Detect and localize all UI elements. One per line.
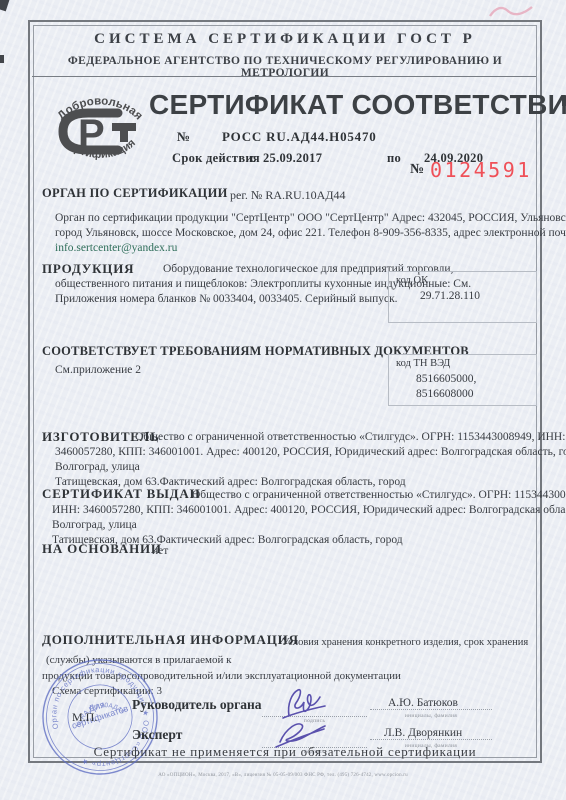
rst-logo-icon: Добровольная сертификация Р xyxy=(44,86,156,178)
code-tnved-value: 8516605000, xyxy=(416,373,476,385)
expert-name: Л.В. Дворянкин xyxy=(370,727,492,740)
pink-scan-smudge xyxy=(487,2,535,20)
expert-role-label: Эксперт xyxy=(132,727,182,743)
logo-t-stem xyxy=(120,123,128,142)
org-body-line: Орган по сертификации продукции "СертЦен… xyxy=(55,212,566,224)
head-role-label: Руководитель органа xyxy=(132,697,262,713)
validity-to-label: по xyxy=(387,151,401,166)
validity-from-date: 25.09.2017 xyxy=(263,151,322,166)
serial-number-label: № xyxy=(410,162,424,178)
basis-heading: НА ОСНОВАНИИ xyxy=(42,541,162,557)
head-name: А.Ю. Батюков xyxy=(370,697,492,710)
number-label: № xyxy=(177,129,191,145)
issued-line: Общество с ограниченной ответственностью… xyxy=(192,489,566,501)
certificate-number: РОСС RU.АД44.Н05470 xyxy=(222,129,377,145)
additional-heading: ДОПОЛНИТЕЛЬНАЯ ИНФОРМАЦИЯ xyxy=(42,632,299,648)
issued-heading: СЕРТИФИКАТ ВЫДАН xyxy=(42,486,201,502)
org-reg-number: рег. № RA.RU.10АД44 xyxy=(230,188,346,203)
issued-line: Волгоград, улица xyxy=(52,519,137,531)
conformity-body: См.приложение 2 xyxy=(55,364,141,376)
scan-artifact xyxy=(0,0,10,11)
code-tnved-value: 8516608000 xyxy=(416,388,474,400)
manufacturer-line: Волгоград, улица xyxy=(55,461,140,473)
code-tnved-label: код ТН ВЭД xyxy=(396,358,450,369)
certificate-page: СИСТЕМА СЕРТИФИКАЦИИ ГОСТ Р ФЕДЕРАЛЬНОЕ … xyxy=(0,0,566,800)
stamp-place-label: М.П. xyxy=(72,710,97,725)
certificate-title: СЕРТИФИКАТ СООТВЕТСТВИЯ xyxy=(149,89,566,121)
product-line: Приложения номера бланков № 0033404, 003… xyxy=(55,293,398,305)
manufacturer-line: 3460057280, КПП: 346001001. Адрес: 40012… xyxy=(55,446,566,458)
code-ok-value: 29.71.28.110 xyxy=(420,290,480,302)
validity-label: Срок действия xyxy=(172,151,260,166)
org-heading: ОРГАН ПО СЕРТИФИКАЦИИ xyxy=(42,186,228,201)
serial-number: 0124591 xyxy=(430,158,532,182)
basis-body: нет xyxy=(152,545,168,557)
certification-stamp-icon: Орган по сертификации продукции ★ ООО «С… xyxy=(35,652,165,782)
header-divider xyxy=(32,76,536,77)
system-title: СИСТЕМА СЕРТИФИКАЦИИ ГОСТ Р xyxy=(28,31,542,48)
print-house-info: АО «ОПЦИОН», Москва, 2017, «В», лицензия… xyxy=(0,773,566,778)
head-signature-icon xyxy=(275,688,337,720)
manufacturer-line: Общество с ограниченной ответственностью… xyxy=(135,431,565,443)
product-heading: ПРОДУКЦИЯ xyxy=(42,261,134,277)
scan-artifact xyxy=(0,55,4,63)
additional-right-note: Условия хранения конкретного изделия, ср… xyxy=(282,637,528,648)
org-email: info.sertcenter@yandex.ru xyxy=(55,242,177,254)
logo-letter-r: Р xyxy=(78,112,105,156)
code-ok-label: код ОК xyxy=(396,275,428,286)
head-name-caption: инициалы, фамилия xyxy=(370,713,492,719)
issued-line: ИНН: 3460057280, КПП: 346001001. Адрес: … xyxy=(52,504,566,516)
disclaimer: Сертификат не применяется при обязательн… xyxy=(28,744,542,760)
org-body-line: город Ульяновск, шоссе Московское, дом 2… xyxy=(55,227,566,239)
validity-from-label: с xyxy=(250,151,256,166)
